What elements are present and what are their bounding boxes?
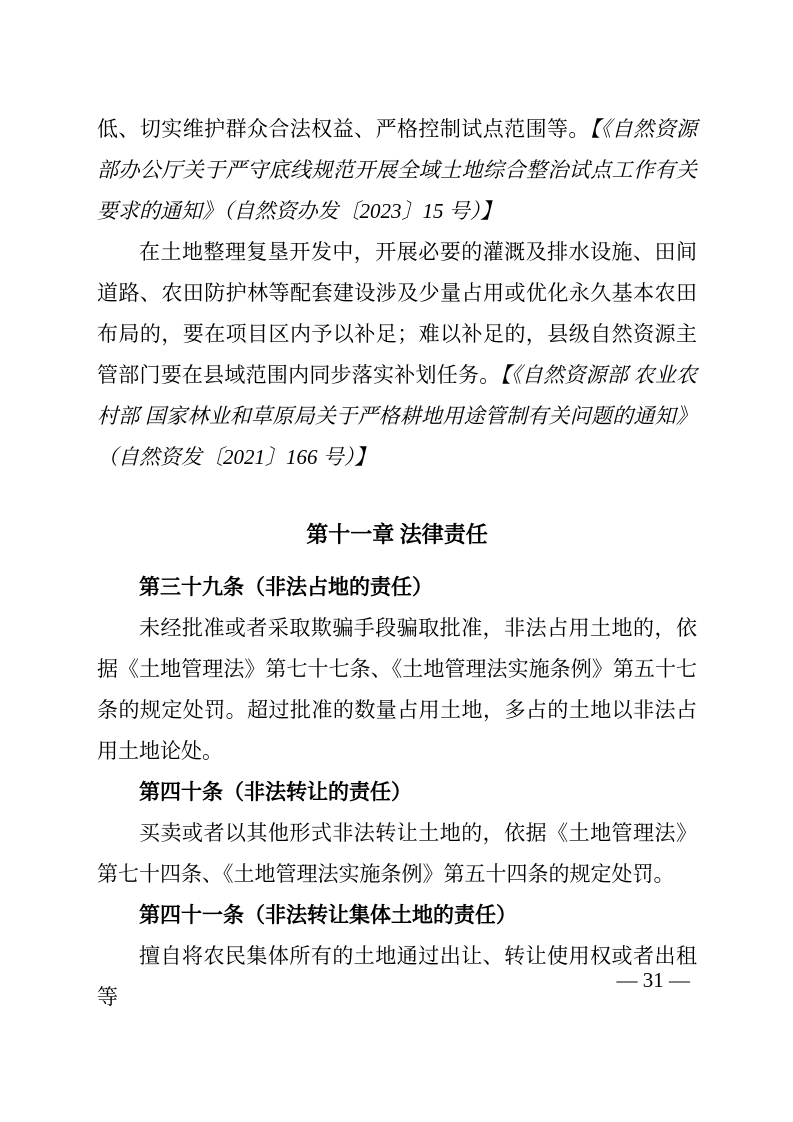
body-text: 第四十条（非法转让的责任）	[139, 781, 412, 804]
body-text: 买卖或者以其他形式非法转让土地的，依据《土地管理法》第七十四条、《土地管理法实施…	[97, 821, 697, 886]
body-text: 未经批准或者采取欺骗手段骗取批准，非法占用土地的，依据《土地管理法》第七十七条、…	[97, 616, 697, 763]
body-text: 第四十一条（非法转让集体土地的责任）	[139, 904, 517, 927]
document-body: 低、切实维护群众合法权益、严格控制试点范围等。【《自然资源部办公厅关于严守底线规…	[97, 109, 697, 1018]
chapter-heading: 第十一章 法律责任	[97, 514, 697, 555]
body-text: 擅自将农民集体所有的土地通过出让、转让使用权或者出租等	[97, 944, 697, 1009]
paragraph: 在土地整理复垦开发中，开展必要的灌溉及排水设施、田间道路、农田防护林等配套建设涉…	[97, 232, 697, 478]
paragraph: 未经批准或者采取欺骗手段骗取批准，非法占用土地的，依据《土地管理法》第七十七条、…	[97, 608, 697, 772]
body-text: 低、切实维护群众合法权益、严格控制试点范围等。	[97, 117, 590, 141]
body-text: 第三十九条（非法占地的责任）	[139, 576, 433, 599]
paragraph: 低、切实维护群众合法权益、严格控制试点范围等。【《自然资源部办公厅关于严守底线规…	[97, 109, 697, 232]
paragraph: 买卖或者以其他形式非法转让土地的，依据《土地管理法》第七十四条、《土地管理法实施…	[97, 813, 697, 895]
page-number: — 31 —	[617, 965, 691, 995]
paragraph: 擅自将农民集体所有的土地通过出让、转让使用权或者出租等	[97, 936, 697, 1018]
article-heading: 第三十九条（非法占地的责任）	[97, 567, 697, 608]
article-heading: 第四十一条（非法转让集体土地的责任）	[97, 895, 697, 936]
document-page: 低、切实维护群众合法权益、严格控制试点范围等。【《自然资源部办公厅关于严守底线规…	[0, 0, 793, 1122]
article-heading: 第四十条（非法转让的责任）	[97, 772, 697, 813]
body-text: 第十一章 法律责任	[306, 522, 488, 547]
